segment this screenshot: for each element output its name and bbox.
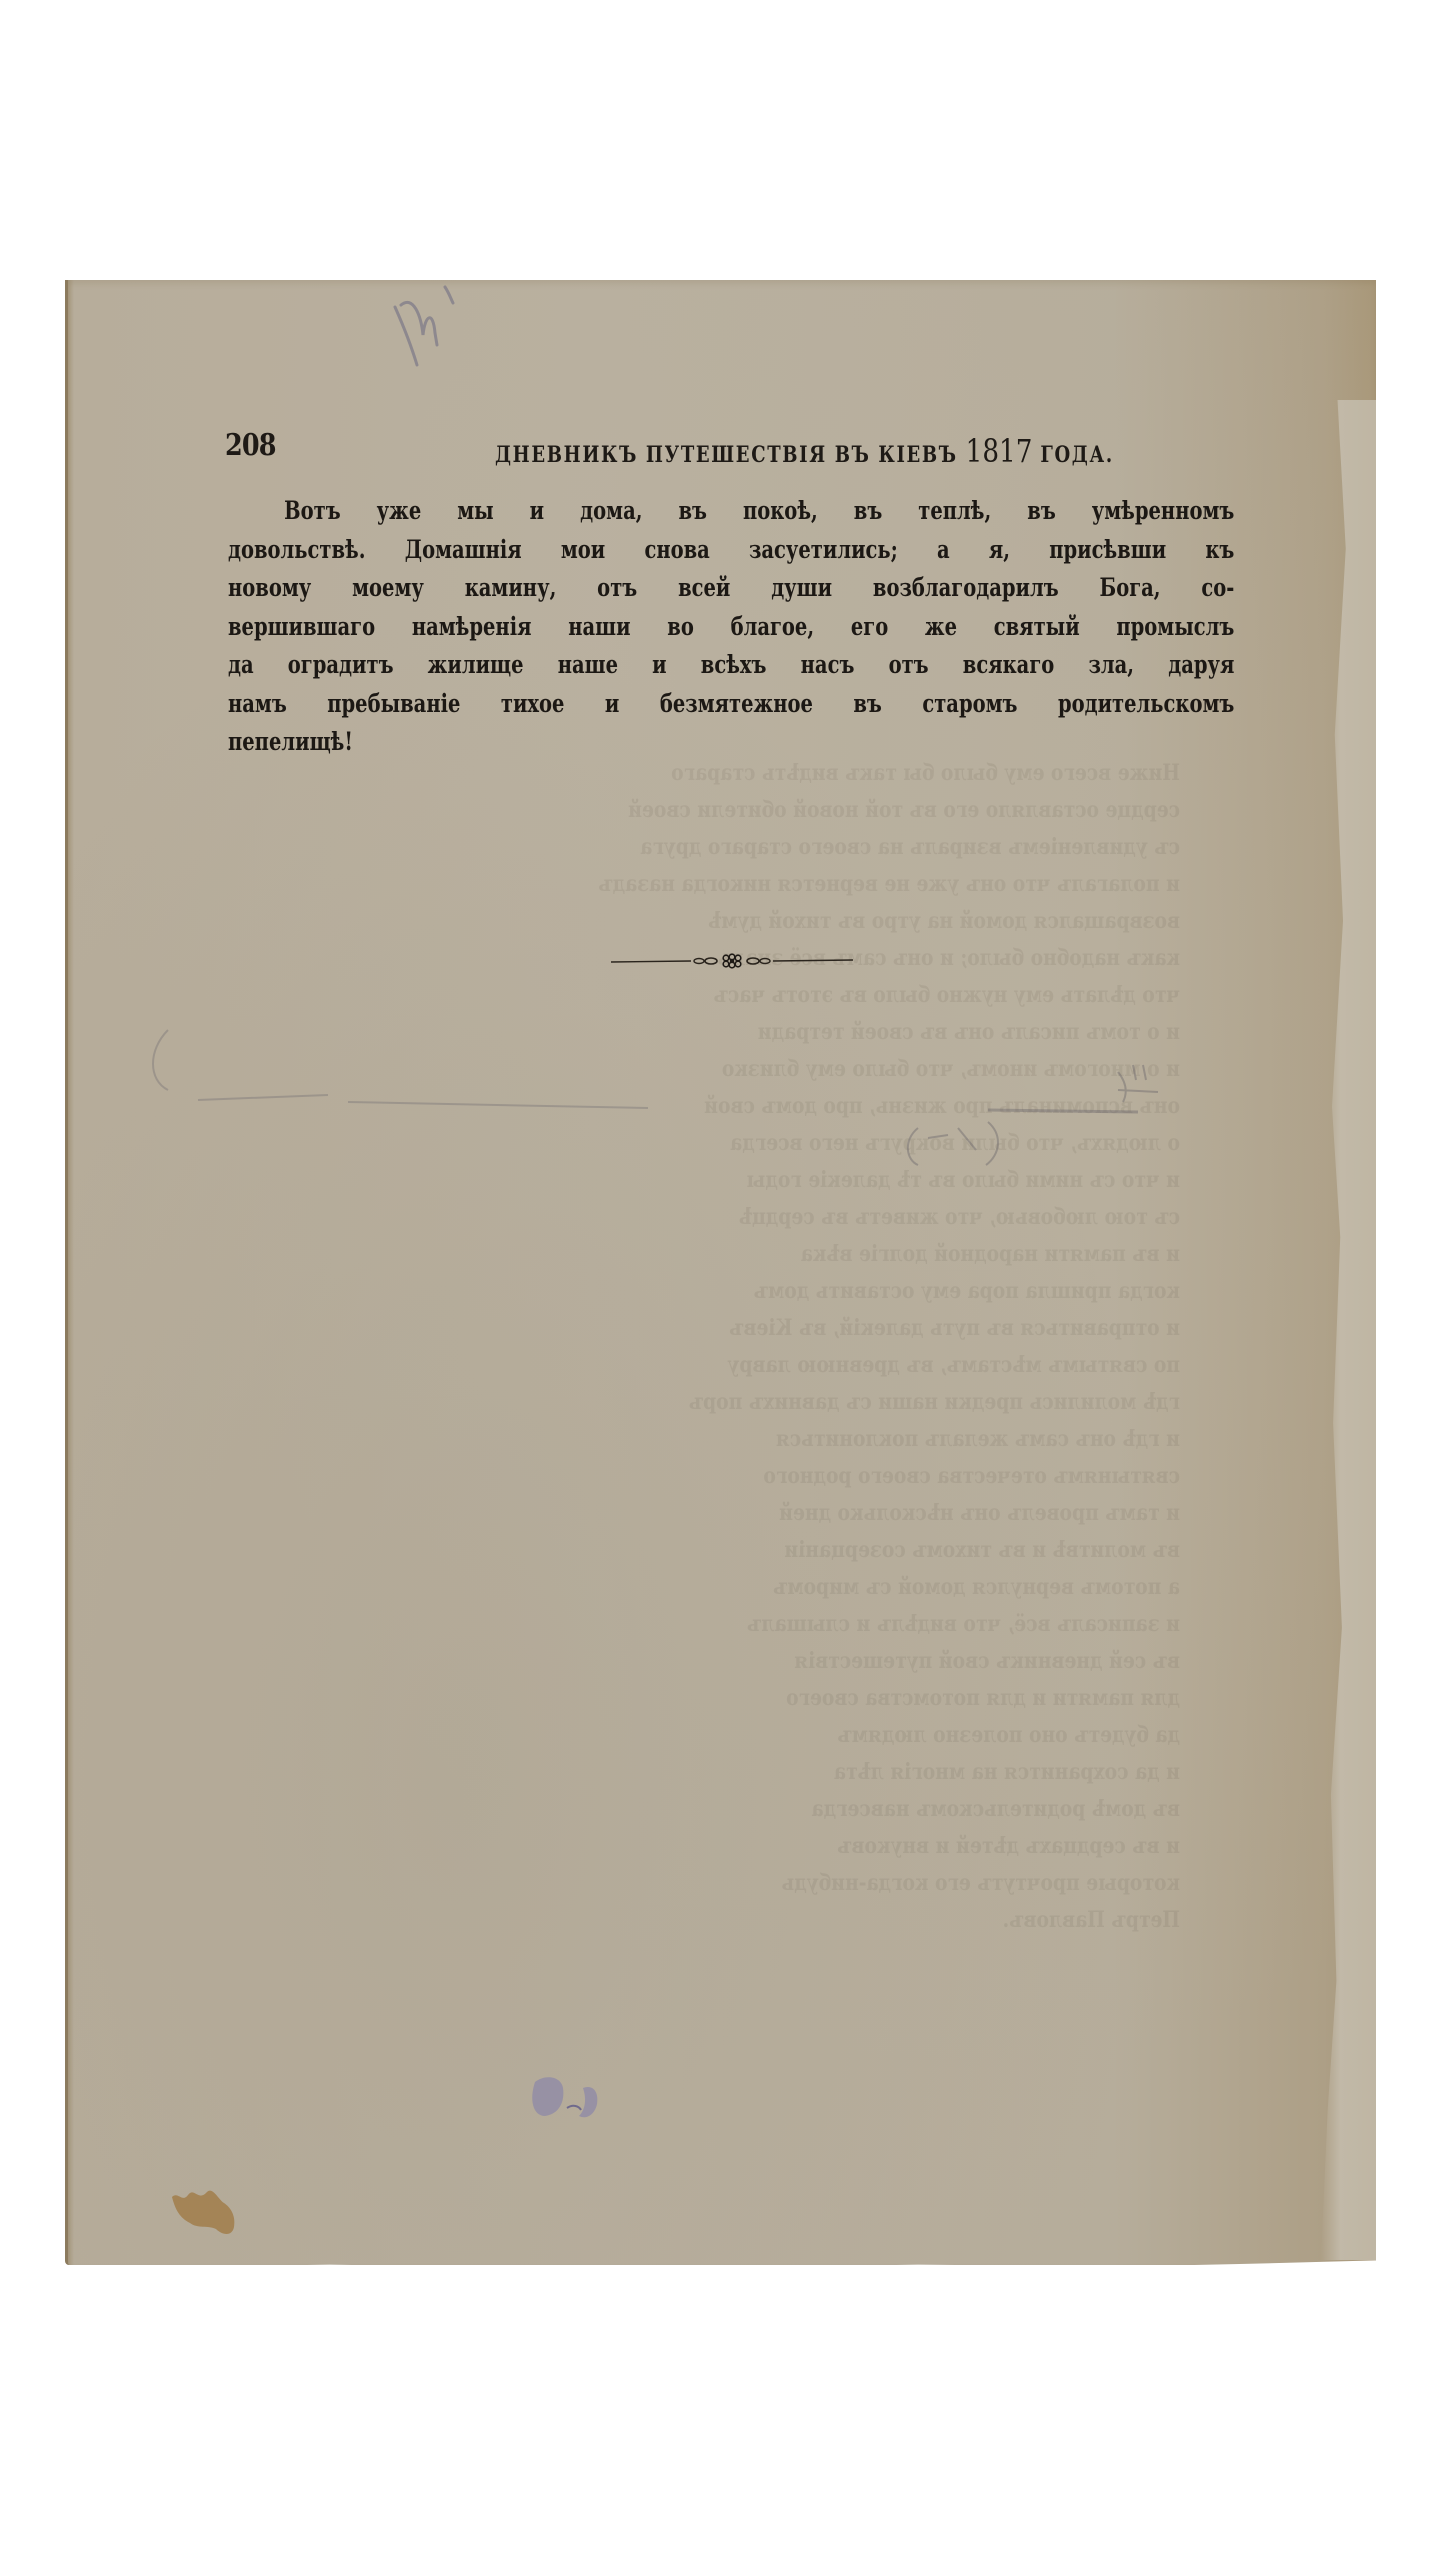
body-paragraph: Вотъ уже мы и дома, въ покоѣ, въ теплѣ, … — [228, 492, 1236, 762]
running-title-suffix: ГОДА. — [1040, 442, 1113, 468]
book-page: Ниже всего ему было бы такъ видѣть стара… — [65, 280, 1376, 2265]
text-line: вершившаго намѣренія наши во благое, его… — [228, 608, 1234, 647]
text-line: да оградитъ жилище наше и всѣхъ насъ отъ… — [228, 646, 1234, 685]
running-title: ДНЕВНИКЪ ПУТЕШЕСТВІЯ ВЪ КІЕВЪ 1817 ГОДА. — [495, 432, 1114, 470]
torn-right-edge — [1321, 400, 1376, 2260]
text-line: намъ пребываніе тихое и безмятежное въ с… — [228, 685, 1234, 724]
pencil-faint-note — [128, 1010, 1228, 1170]
text-line: новому моему камину, отъ всей души возбл… — [228, 569, 1234, 608]
running-title-text: ДНЕВНИКЪ ПУТЕШЕСТВІЯ ВЪ КІЕВЪ — [495, 442, 958, 468]
text-line: довольствѣ. Домашнія мои снова засуетили… — [228, 531, 1234, 570]
running-title-year: 1817 — [966, 432, 1033, 470]
torn-bottom-edge — [68, 2259, 1376, 2273]
water-stain-mark — [168, 2185, 248, 2240]
text-line: пепелищѣ! — [228, 723, 1234, 762]
text-line: Вотъ уже мы и дома, въ покоѣ, въ теплѣ, … — [228, 492, 1234, 531]
pencil-annotation-mark — [373, 285, 463, 375]
library-stamp-mark — [523, 2070, 613, 2125]
running-head: 208 ДНЕВНИКЪ ПУТЕШЕСТВІЯ ВЪ КІЕВЪ 1817 Г… — [225, 428, 1235, 468]
page-number: 208 — [225, 428, 276, 463]
ornament-rule-icon — [611, 953, 853, 969]
